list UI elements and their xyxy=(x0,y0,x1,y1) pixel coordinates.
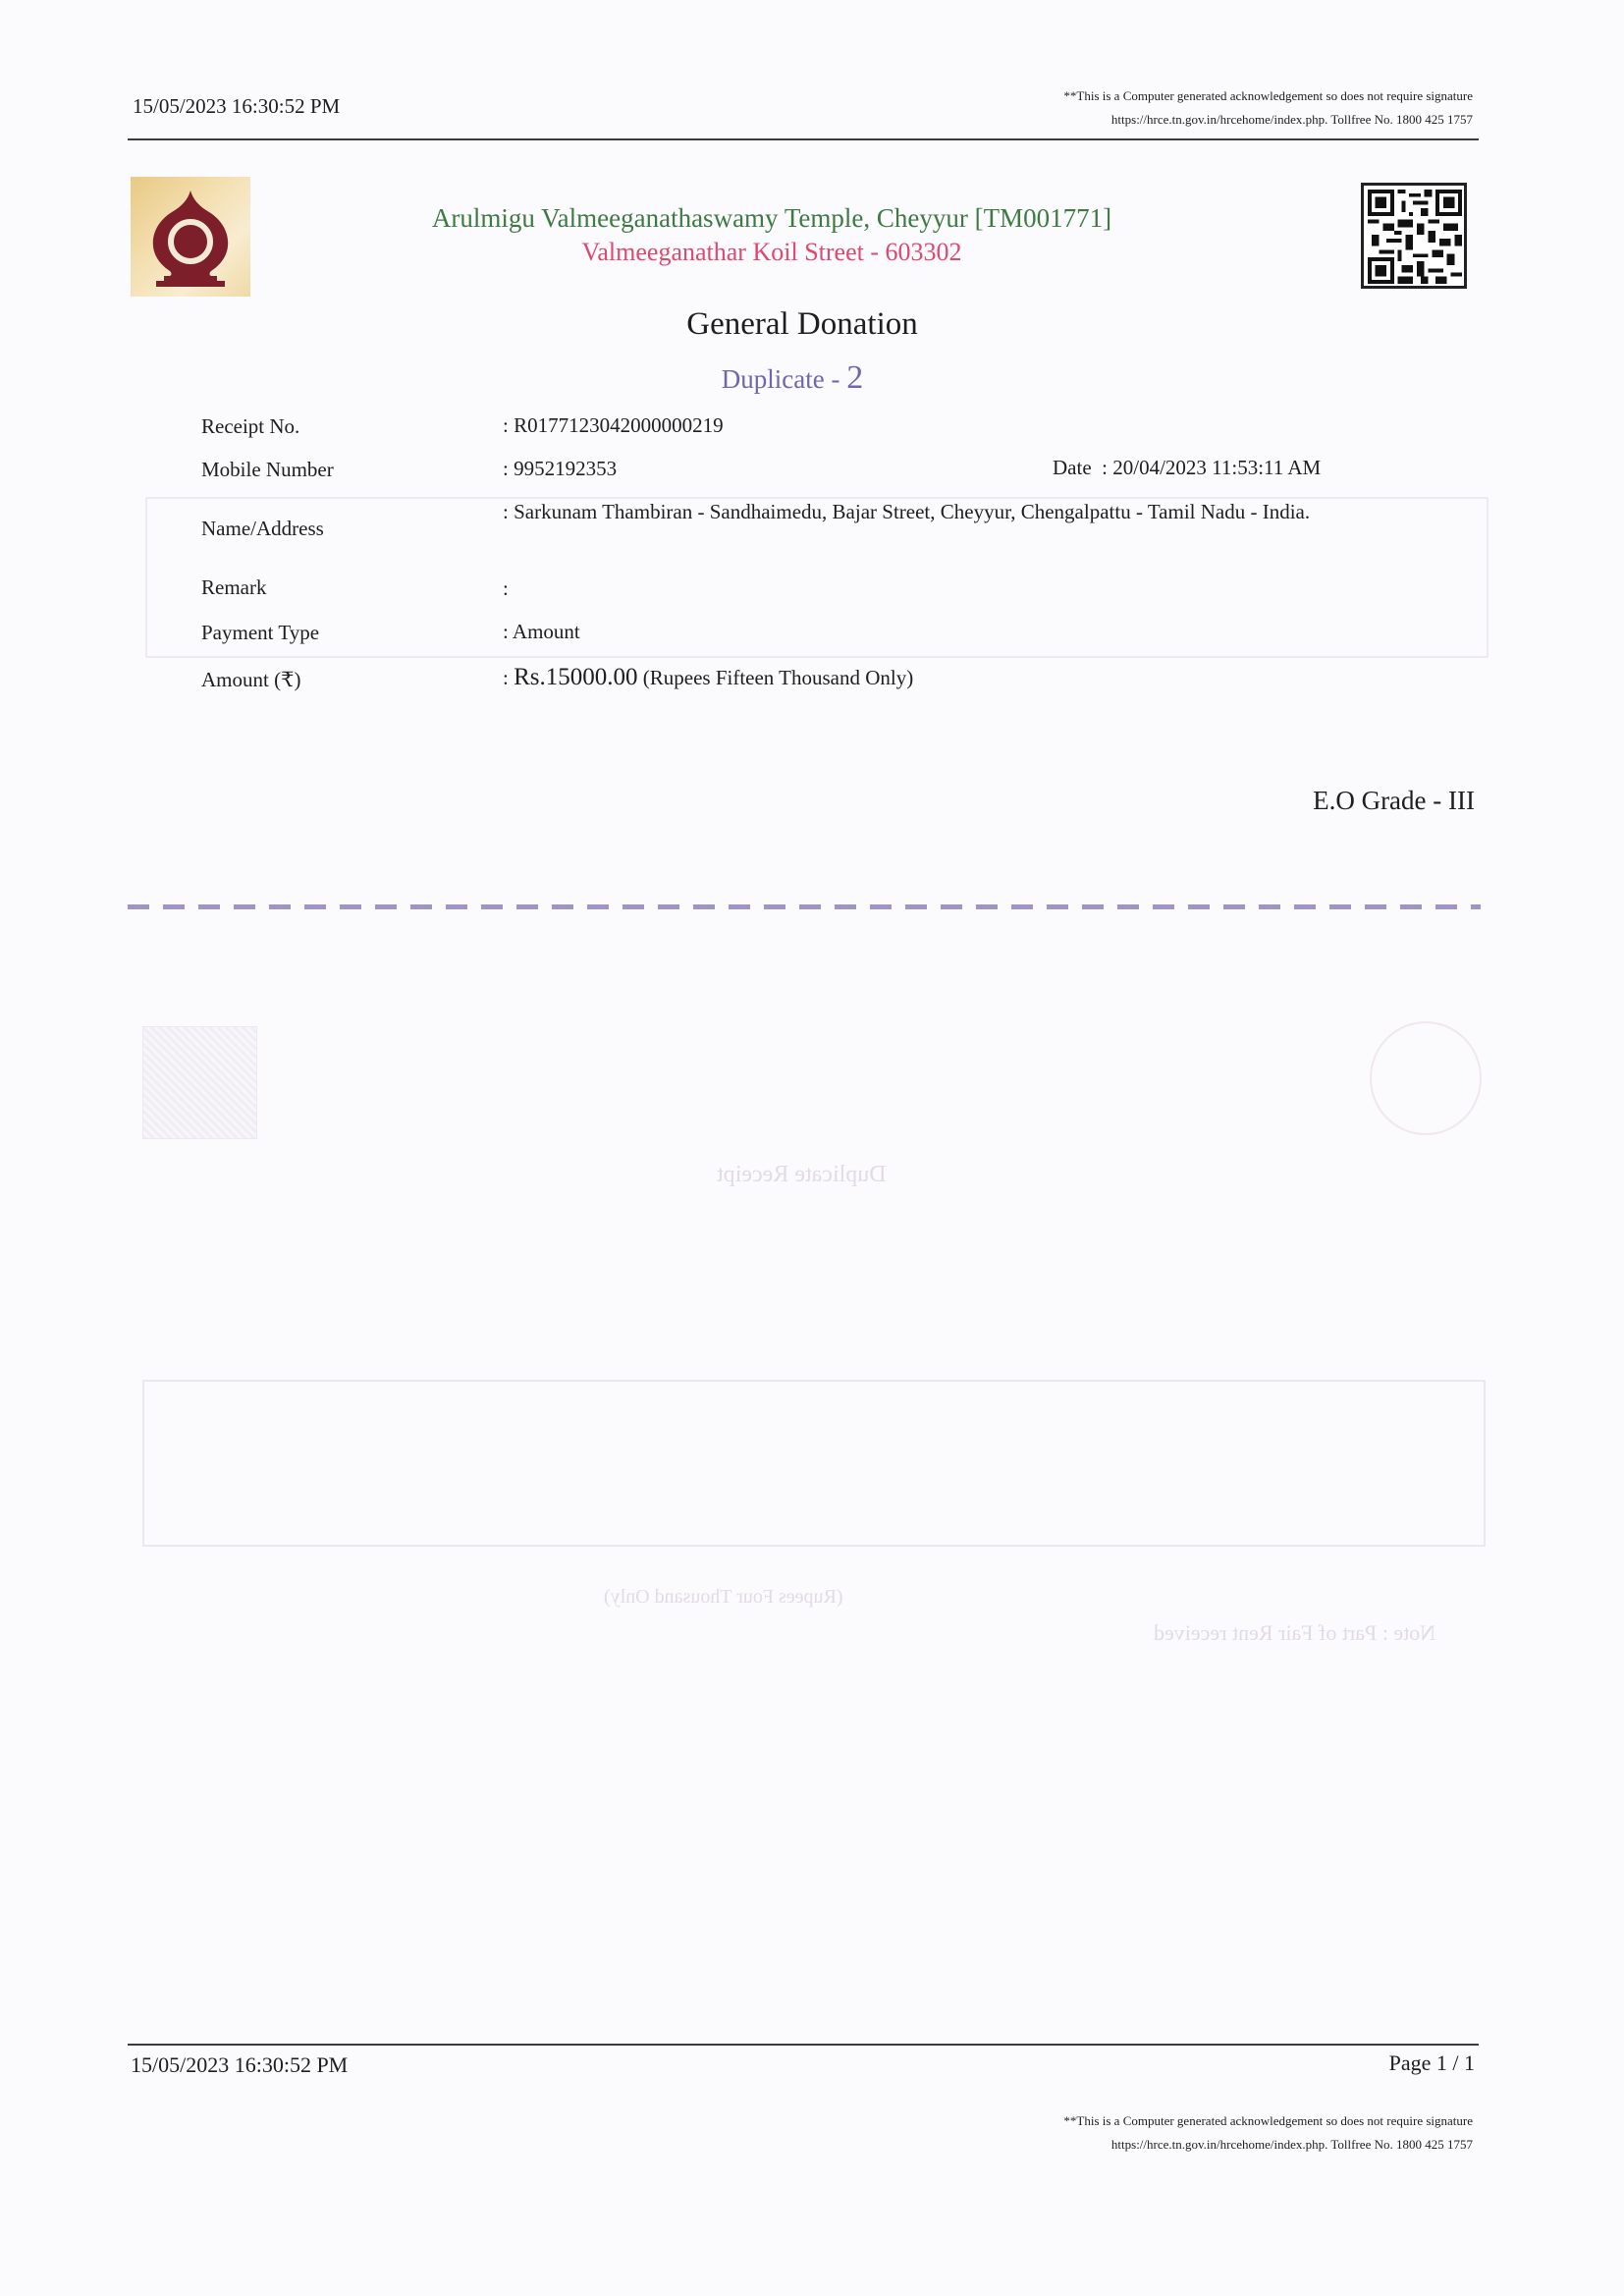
footer-rule xyxy=(128,2044,1479,2046)
date-label: Date xyxy=(1053,456,1092,479)
amount-figure: Rs.15000.00 xyxy=(514,664,637,690)
footer-printed-datetime: 15/05/2023 16:30:52 PM xyxy=(131,2052,348,2078)
printed-datetime: 15/05/2023 16:30:52 PM xyxy=(133,94,340,119)
copy-label: Duplicate - 2 xyxy=(0,359,1624,397)
bleed-through-table xyxy=(142,1380,1486,1547)
amount-value: : Rs.15000.00 (Rupees Fifteen Thousand O… xyxy=(503,664,1386,691)
amount-label: Amount (₹) xyxy=(201,668,300,692)
remark-value: : xyxy=(503,575,1386,602)
receipt-no-label: Receipt No. xyxy=(201,414,299,439)
site-link[interactable]: https://hrce.tn.gov.in/hrcehome/index.ph… xyxy=(1063,108,1473,132)
payment-type-label: Payment Type xyxy=(201,621,319,645)
receipt-no-value: : R0177123042000000219 xyxy=(503,412,1386,439)
mobile-number-value: : 9952192353 xyxy=(503,456,895,482)
temple-address: Valmeeganathar Koil Street - 603302 xyxy=(0,238,1624,267)
cut-line-divider xyxy=(128,904,1481,909)
disclaimer-text: **This is a Computer generated acknowled… xyxy=(1063,84,1473,108)
receipt-date: Date : 20/04/2023 11:53:11 AM xyxy=(1053,456,1321,480)
header-disclaimer: **This is a Computer generated acknowled… xyxy=(1063,84,1473,132)
copy-number: 2 xyxy=(846,359,863,396)
bleed-through-words: (Rupees Four Thousand Only) xyxy=(604,1586,843,1609)
name-address-label: Name/Address xyxy=(201,517,324,541)
bleed-through-seal-icon xyxy=(1370,1021,1482,1135)
temple-name: Arulmigu Valmeeganathaswamy Temple, Chey… xyxy=(0,203,1624,234)
mobile-number-label: Mobile Number xyxy=(201,458,334,482)
header-rule xyxy=(128,138,1479,140)
footer-disclaimer: **This is a Computer generated acknowled… xyxy=(1063,2109,1473,2157)
qr-code-icon xyxy=(1361,183,1467,289)
receipt-title: General Donation xyxy=(0,306,1624,343)
signatory-designation: E.O Grade - III xyxy=(1313,786,1475,816)
date-value: : 20/04/2023 11:53:11 AM xyxy=(1102,456,1321,479)
temple-emblem-icon xyxy=(131,177,250,297)
footer-disclaimer-text: **This is a Computer generated acknowled… xyxy=(1063,2109,1473,2133)
bleed-through-qr-icon xyxy=(142,1026,257,1139)
page-indicator: Page 1 / 1 xyxy=(1389,2050,1475,2076)
amount-words: (Rupees Fifteen Thousand Only) xyxy=(638,666,914,689)
footer-site-link[interactable]: https://hrce.tn.gov.in/hrcehome/index.ph… xyxy=(1063,2133,1473,2157)
name-address-value: : Sarkunam Thambiran - Sandhaimedu, Baja… xyxy=(503,499,1386,525)
bleed-through-note: Note : Part of Fair Rent received xyxy=(1154,1620,1435,1646)
payment-type-value: : Amount xyxy=(503,619,1386,645)
bleed-through-title: Duplicate Receipt xyxy=(717,1162,887,1188)
remark-label: Remark xyxy=(201,575,266,600)
